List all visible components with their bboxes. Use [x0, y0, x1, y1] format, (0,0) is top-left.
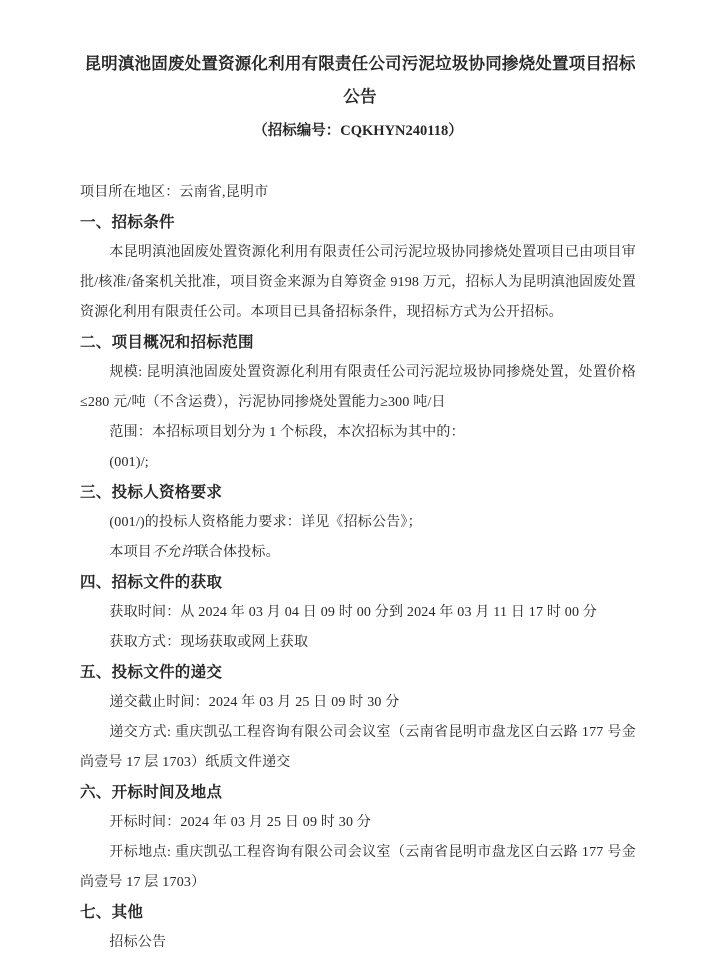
joint-bid-suffix: 联合体投标。 — [195, 545, 280, 560]
section-6-heading: 六、开标时间及地点 — [80, 778, 636, 808]
section-2-heading: 二、项目概况和招标范围 — [80, 328, 636, 358]
section-4-heading: 四、招标文件的获取 — [80, 568, 636, 598]
opening-place-line: 开标地点: 重庆凯弘工程咨询有限公司会议室（云南省昆明市盘龙区白云路 177 号… — [80, 838, 636, 898]
bidder-qualification-line: (001/)的投标人资格能力要求：详见《招标公告》； — [80, 508, 636, 538]
submission-method-line: 递交方式: 重庆凯弘工程咨询有限公司会议室（云南省昆明市盘龙区白云路 177 号… — [80, 718, 636, 778]
obtain-method-line: 获取方式：现场获取或网上获取 — [80, 628, 636, 658]
section-1-heading: 一、招标条件 — [80, 208, 636, 238]
lot-number-line: (001)/; — [80, 448, 636, 478]
obtain-time-line: 获取时间：从 2024 年 03 月 04 日 09 时 00 分到 2024 … — [80, 598, 636, 628]
document-page: 昆明滇池固废处置资源化利用有限责任公司污泥垃圾协同掺烧处置项目招标公告 （招标编… — [0, 0, 716, 964]
section-3-heading: 三、投标人资格要求 — [80, 478, 636, 508]
section-7-heading: 七、其他 — [80, 898, 636, 928]
bid-number-line: （招标编号：CQKHYN240118） — [80, 116, 636, 146]
submission-deadline-line: 递交截止时间：2024 年 03 月 25 日 09 时 30 分 — [80, 688, 636, 718]
section-1-paragraph: 本昆明滇池固废处置资源化利用有限责任公司污泥垃圾协同掺烧处置项目已由项目审批/核… — [80, 238, 636, 328]
opening-time-line: 开标时间：2024 年 03 月 25 日 09 时 30 分 — [80, 808, 636, 838]
other-notice-line: 招标公告 — [80, 928, 636, 958]
project-scale-line: 规模: 昆明滇池固废处置资源化利用有限责任公司污泥垃圾协同掺烧处置，处置价格≤2… — [80, 358, 636, 418]
section-5-heading: 五、投标文件的递交 — [80, 658, 636, 688]
joint-bid-prefix: 本项目 — [109, 545, 152, 560]
project-location-line: 项目所在地区：云南省,昆明市 — [80, 178, 636, 208]
joint-bid-line: 本项目不允许联合体投标。 — [80, 538, 636, 568]
document-title: 昆明滇池固废处置资源化利用有限责任公司污泥垃圾协同掺烧处置项目招标公告 — [80, 47, 640, 113]
project-scope-line: 范围：本招标项目划分为 1 个标段，本次招标为其中的： — [80, 418, 636, 448]
document-body: 项目所在地区：云南省,昆明市 一、招标条件 本昆明滇池固废处置资源化利用有限责任… — [80, 178, 636, 958]
not-allowed-italic: 不允许 — [152, 545, 195, 560]
